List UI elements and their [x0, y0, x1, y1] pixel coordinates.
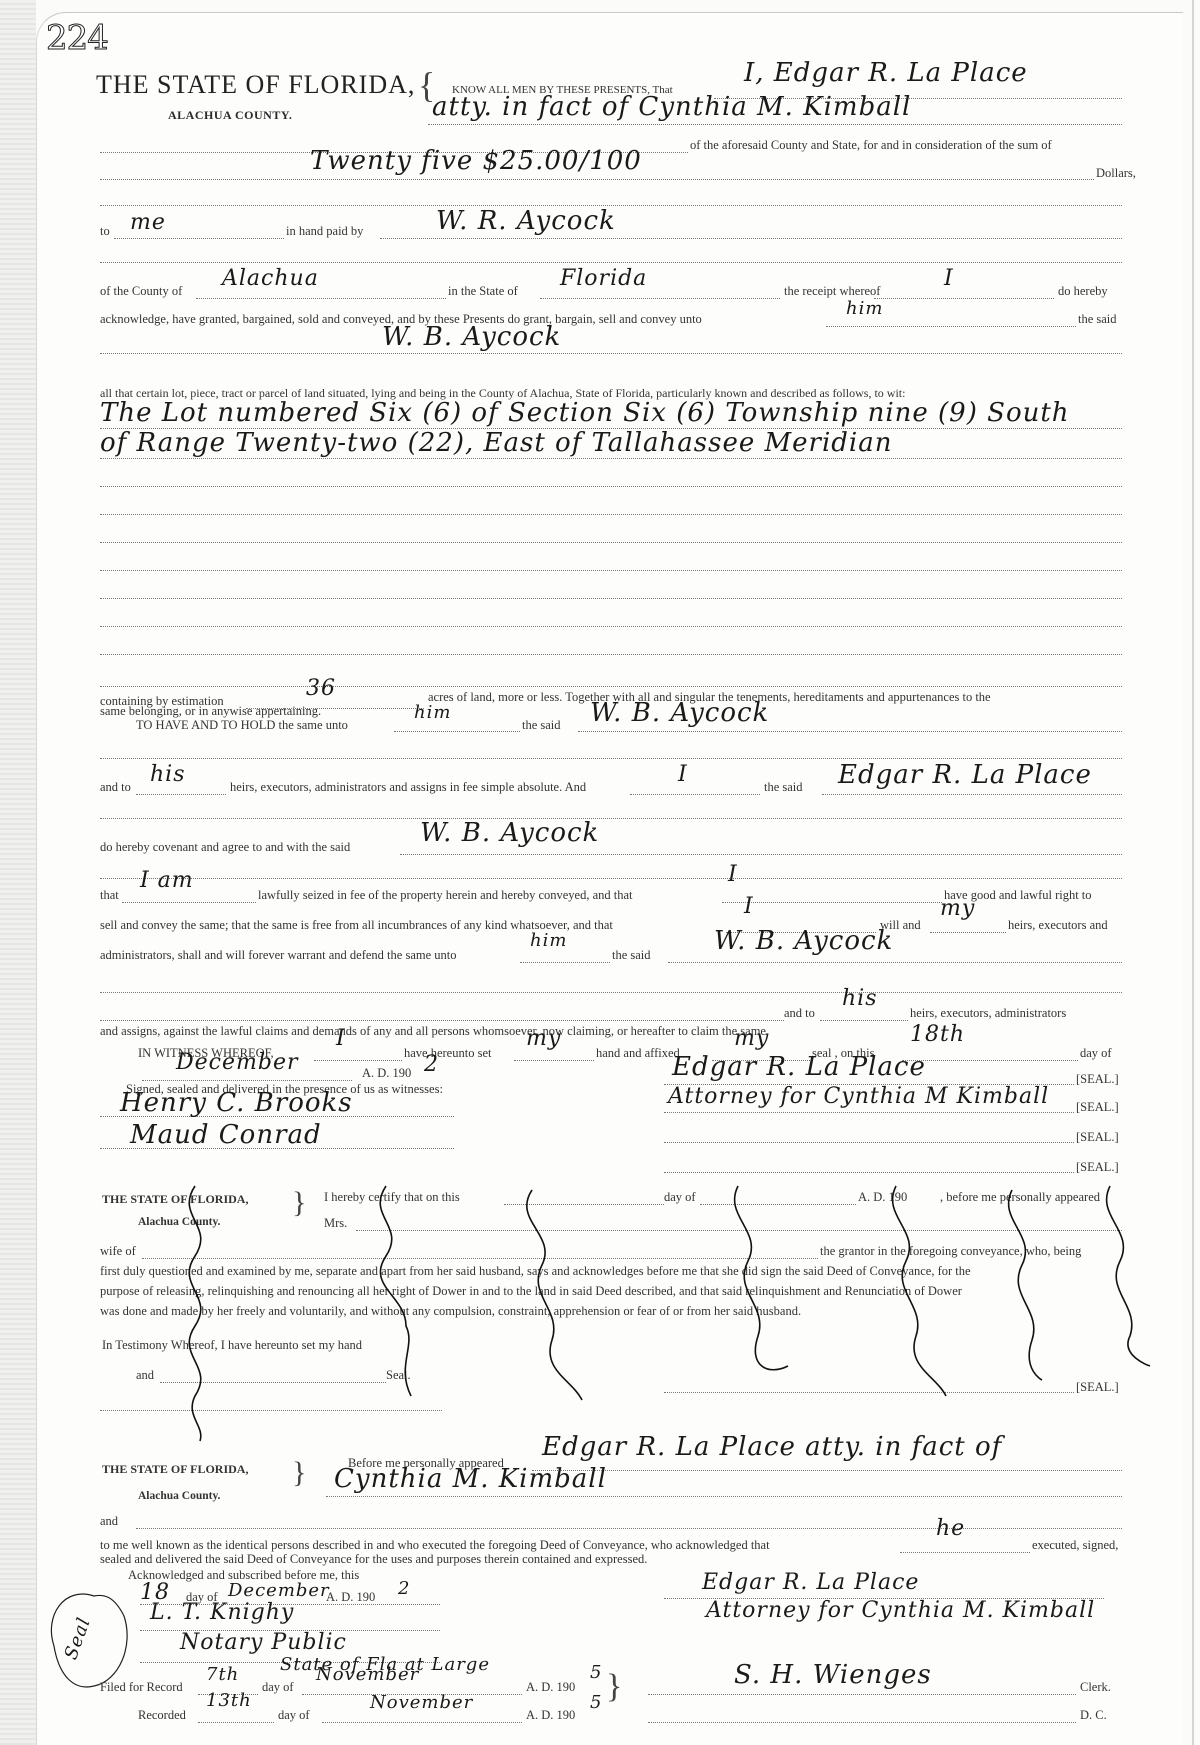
ack-month-handwriting: December	[228, 1580, 330, 1601]
ack-signature-1: Edgar R. La Place	[702, 1570, 919, 1595]
ad-text: A. D. 190	[526, 1680, 575, 1695]
and-label: and	[100, 1514, 118, 1529]
rec-month-handwriting: November	[370, 1692, 473, 1713]
filed-label: Filed for Record	[100, 1680, 183, 1695]
known-line	[900, 1552, 1030, 1553]
appeared-handwriting: Edgar R. La Place atty. in fact of	[542, 1432, 1002, 1462]
appeared-line	[532, 1470, 1122, 1471]
ad-text: A. D. 190	[326, 1590, 375, 1605]
known-text: to me well known as the identical person…	[100, 1538, 770, 1553]
rec-month-line	[322, 1722, 522, 1723]
sealed-text: sealed and delivered the said Deed of Co…	[100, 1552, 647, 1567]
day-of-text: day of	[262, 1680, 294, 1695]
ack-state: THE STATE OF FLORIDA,	[102, 1462, 248, 1477]
notary-handwriting: L. T. Knighy	[150, 1600, 294, 1625]
dc-line	[648, 1722, 1076, 1723]
brace: }	[292, 1456, 306, 1490]
recorded-label: Recorded	[138, 1708, 186, 1723]
rec-day-handwriting: 13th	[206, 1690, 252, 1711]
notary-title-handwriting: Notary Public	[180, 1630, 347, 1655]
day-of-text: day of	[278, 1708, 310, 1723]
ack-county: Alachua County.	[138, 1490, 220, 1502]
and-line	[136, 1528, 1122, 1529]
appeared2-handwriting: Cynthia M. Kimball	[334, 1464, 607, 1494]
executed-text: executed, signed,	[1032, 1538, 1118, 1553]
clerk-label: Clerk.	[1080, 1680, 1111, 1695]
clerk-handwriting: S. H. Wienges	[734, 1660, 932, 1690]
ack-signature-2: Attorney for Cynthia M. Kimball	[706, 1598, 1095, 1623]
filed-day-handwriting: 7th	[206, 1664, 239, 1685]
ad-text: A. D. 190	[526, 1708, 575, 1723]
rec-day-line	[198, 1722, 274, 1723]
dc-label: D. C.	[1080, 1708, 1107, 1723]
ack-year-handwriting: 2	[398, 1578, 410, 1599]
brace: }	[606, 1668, 622, 1706]
filed-year-handwriting: 5	[590, 1662, 602, 1683]
known-handwriting: he	[936, 1516, 965, 1541]
appeared-line-2	[326, 1496, 1122, 1497]
clerk-line	[648, 1694, 1076, 1695]
rec-year-handwriting: 5	[590, 1692, 602, 1713]
filed-month-handwriting: November	[316, 1664, 419, 1685]
